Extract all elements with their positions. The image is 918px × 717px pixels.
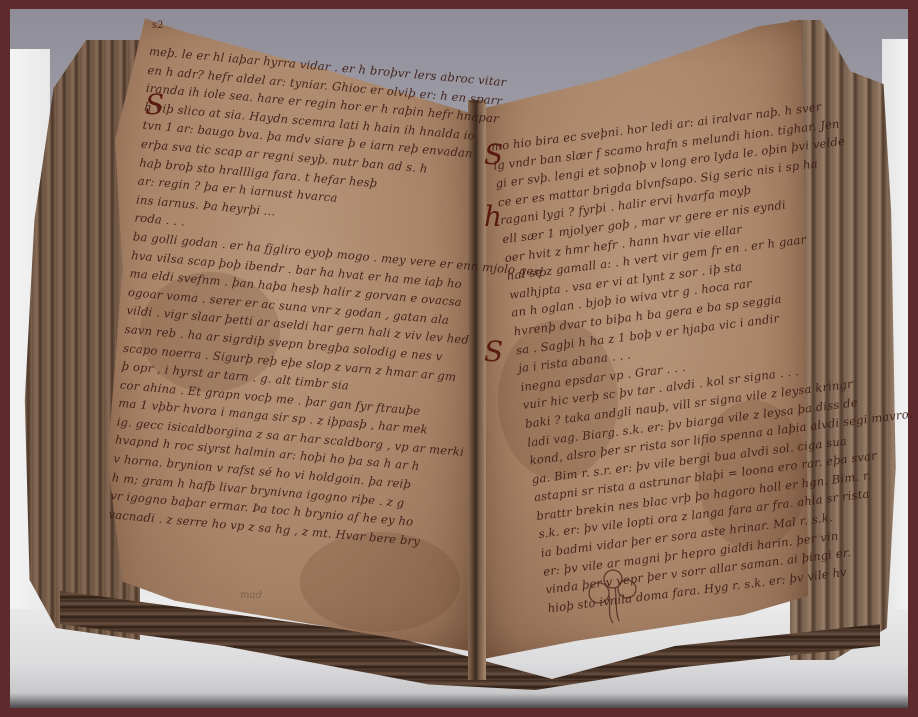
- right-page-text: mo hio bira ec sveþni. hor ledi ar: ai i…: [490, 91, 918, 618]
- rubric-initial-s: S: [484, 335, 503, 368]
- folio-mark: s2: [152, 20, 164, 31]
- trefoil-doodle-icon: [585, 565, 645, 625]
- rubric-initial-s: S: [484, 138, 503, 171]
- rubric-initial-s: S: [145, 88, 164, 121]
- rubric-initial-h: h: [484, 200, 502, 233]
- left-page-text: meþ. le er hl iaþar hyrra vidar . er h b…: [108, 42, 564, 560]
- pencil-annotation: mad: [240, 590, 262, 601]
